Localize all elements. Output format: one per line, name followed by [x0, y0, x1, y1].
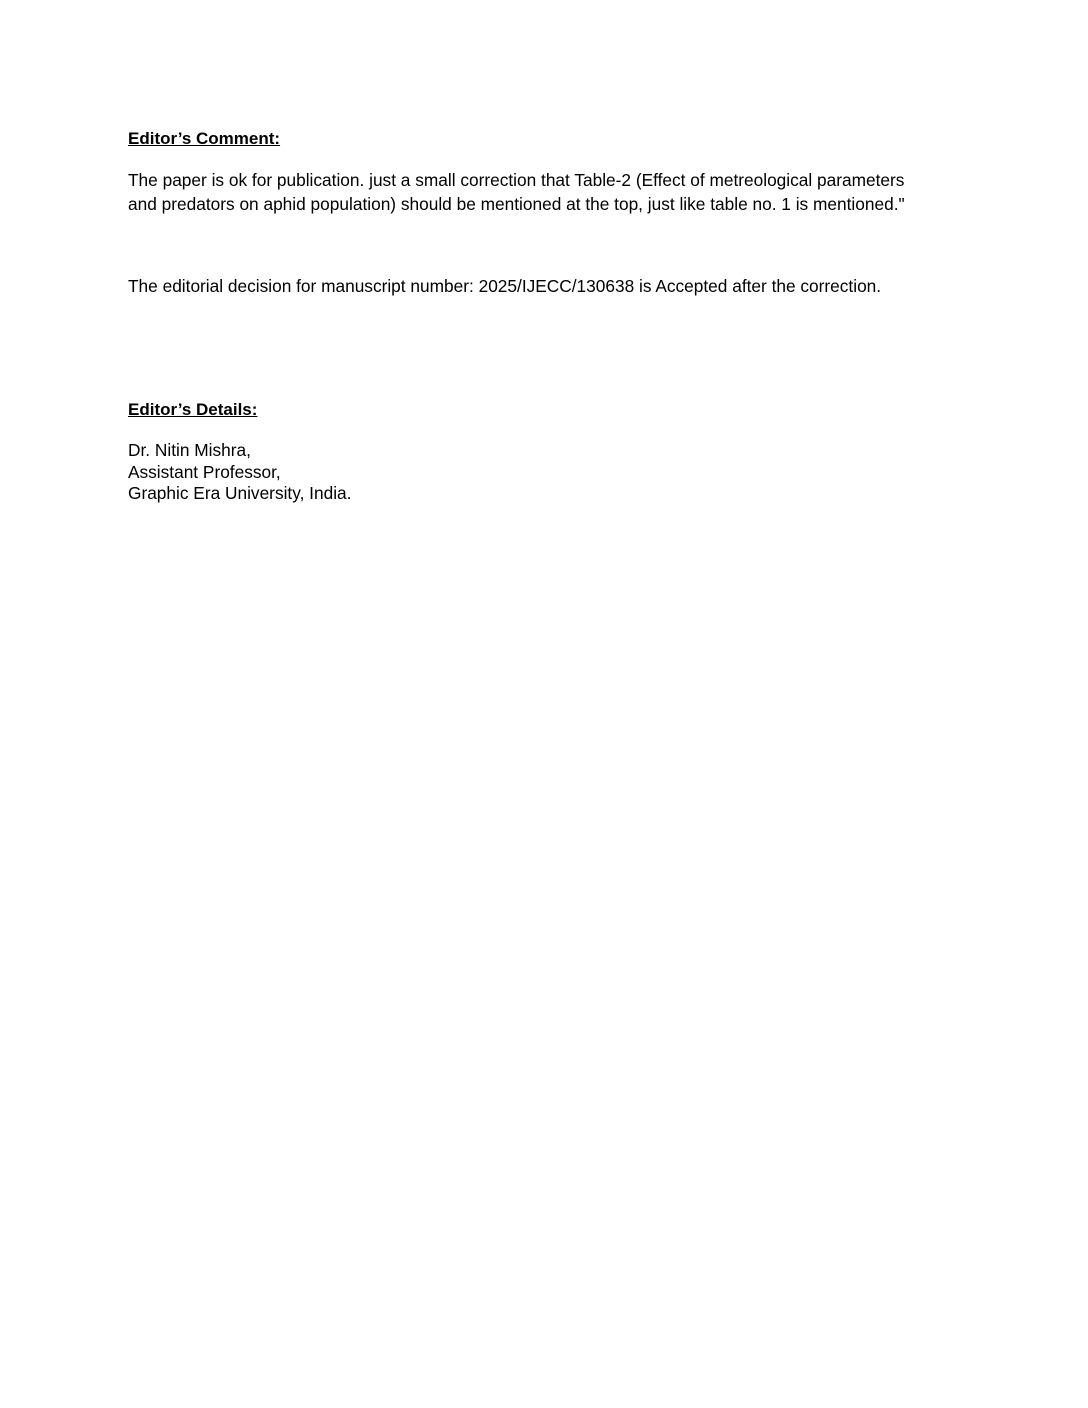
editor-affiliation: Graphic Era University, India.	[128, 483, 351, 505]
editor-comment-text: The paper is ok for publication. just a …	[128, 168, 905, 216]
document-page: Editor’s Comment: The paper is ok for pu…	[0, 0, 1088, 1408]
editor-name: Dr. Nitin Mishra,	[128, 440, 351, 462]
comment-line: The paper is ok for publication. just a …	[128, 168, 905, 192]
comment-line: and predators on aphid population) shoul…	[128, 192, 905, 216]
editor-details-text: Dr. Nitin Mishra, Assistant Professor, G…	[128, 440, 351, 505]
editor-details-heading: Editor’s Details:	[128, 400, 257, 420]
editorial-decision-text: The editorial decision for manuscript nu…	[128, 274, 881, 298]
editor-comment-heading: Editor’s Comment:	[128, 129, 280, 149]
editor-title: Assistant Professor,	[128, 462, 351, 484]
